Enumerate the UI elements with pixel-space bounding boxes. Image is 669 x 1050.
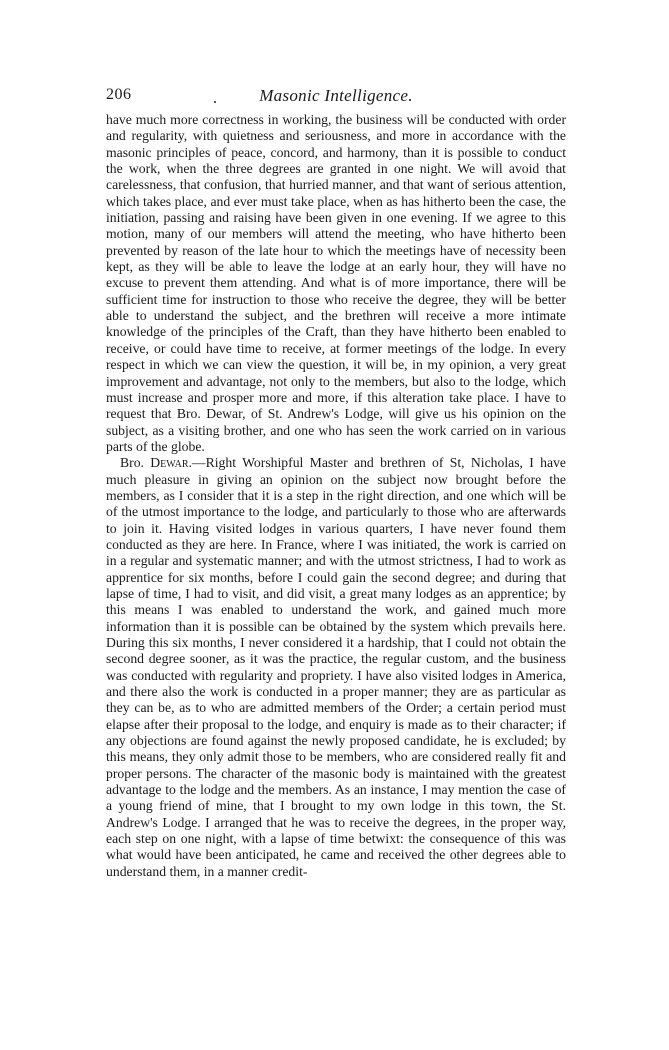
- speech-prefix: Bro.: [120, 455, 150, 470]
- paragraph-2-text: .—Right Worshipful Master and brethren o…: [106, 455, 566, 879]
- speaker-name: Dewar: [150, 455, 188, 470]
- paragraph-1: have much more correctness in working, t…: [106, 112, 566, 455]
- book-page: 206 Masonic Intelligence. have much more…: [106, 86, 566, 880]
- running-head: 206 Masonic Intelligence.: [106, 86, 566, 112]
- running-title: Masonic Intelligence.: [106, 86, 566, 106]
- body-text: have much more correctness in working, t…: [106, 112, 566, 880]
- paragraph-2: Bro. Dewar.—Right Worshipful Master and …: [106, 455, 566, 880]
